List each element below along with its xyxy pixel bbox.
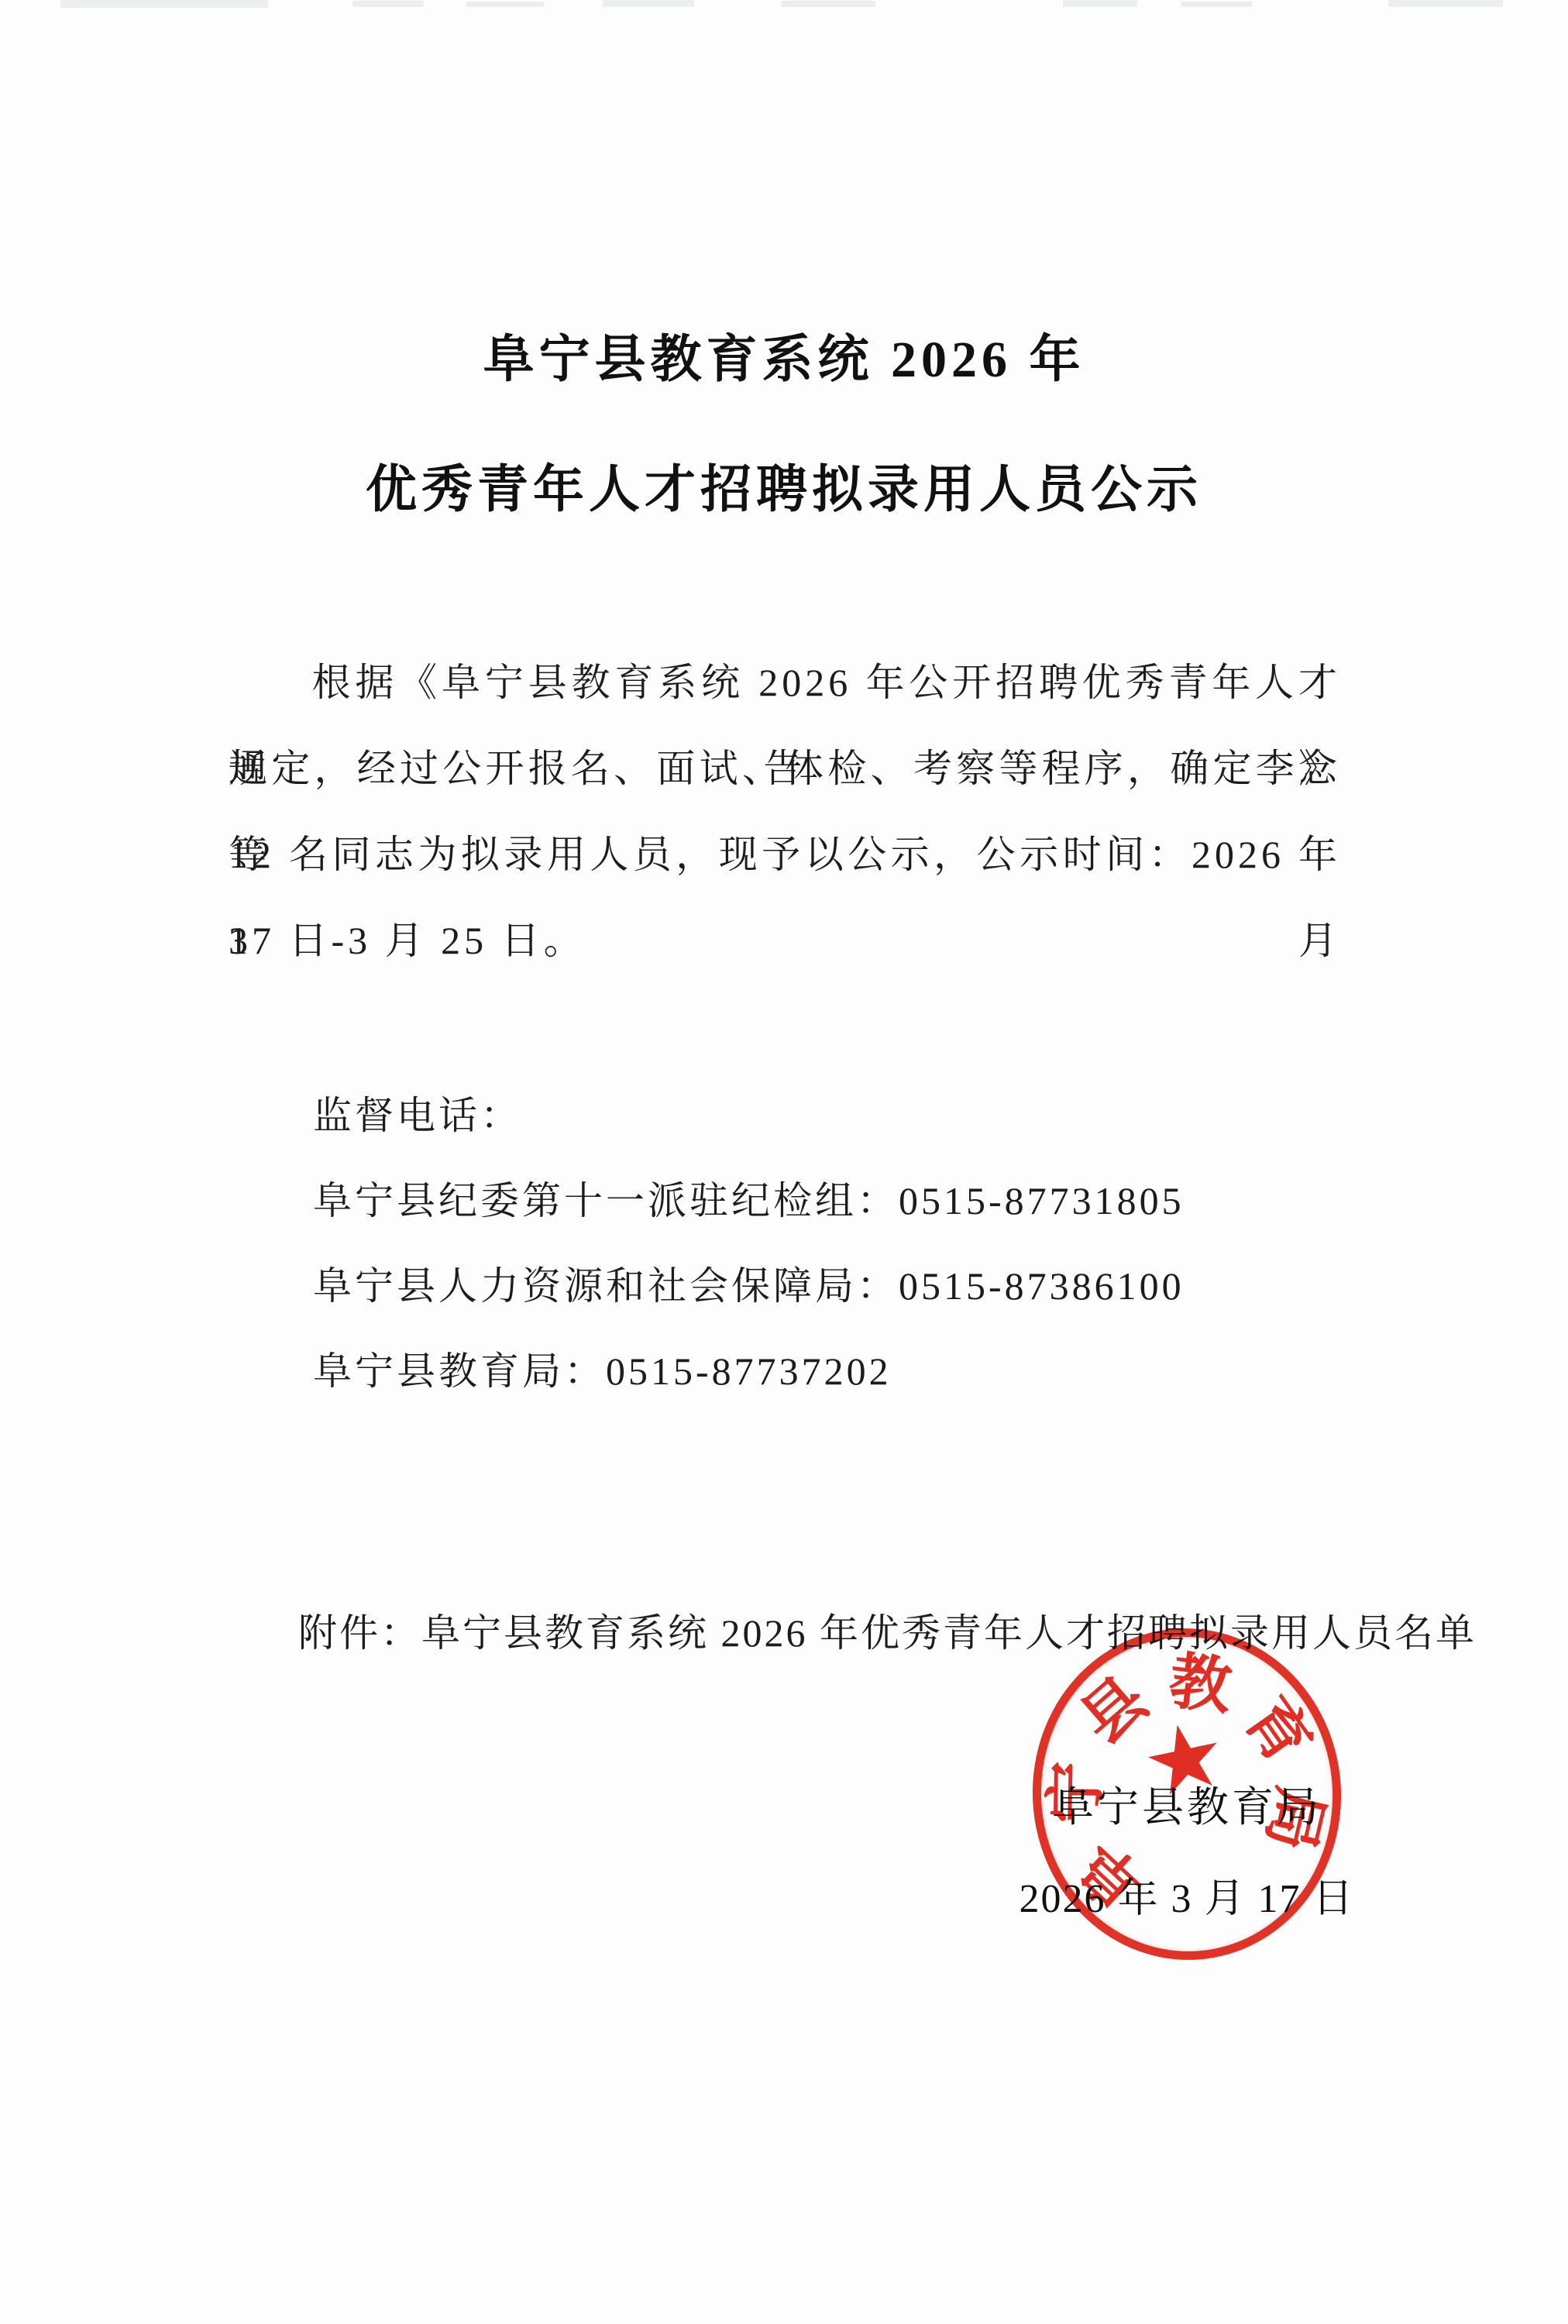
scan-artifact [352, 1, 424, 7]
paragraph-line: 12 名同志为拟录用人员，现予以公示，公示时间：2026 年 3 月 [229, 812, 1341, 898]
supervision-phone-line: 阜宁县纪委第十一派驻纪检组：0515-87731805 [313, 1158, 1398, 1243]
document-title-line2: 优秀青年人才招聘拟录用人员公示 [0, 448, 1568, 521]
seal-ring-char: 县 [1063, 1659, 1157, 1752]
document-page: 阜宁县教育系统 2026 年 优秀青年人才招聘拟录用人员公示 根据《阜宁县教育系… [0, 0, 1568, 2324]
supervision-phone-line: 阜宁县教育局：0515-87737202 [313, 1329, 1398, 1414]
signature-date: 2026 年 3 月 17 日 [962, 1865, 1412, 1923]
supervision-phone-section: 监督电话： 阜宁县纪委第十一派驻纪检组：0515-87731805 阜宁县人力资… [313, 1073, 1398, 1414]
scan-artifact [60, 0, 268, 8]
document-title-line1: 阜宁县教育系统 2026 年 [0, 318, 1568, 391]
seal-ring-char: 育 [1236, 1681, 1329, 1774]
attachment-line: 附件：阜宁县教育系统 2026 年优秀青年人才招聘拟录用人员名单 [298, 1602, 1538, 1658]
scan-artifact [466, 2, 544, 7]
paragraph-line: 根据《阜宁县教育系统 2026 年公开招聘优秀青年人才通告》 [229, 640, 1341, 726]
supervision-heading: 监督电话： [313, 1073, 1398, 1158]
supervision-phone-line: 阜宁县人力资源和社会保障局：0515-87386100 [313, 1243, 1398, 1329]
scan-artifact [1181, 2, 1252, 7]
body-paragraph: 根据《阜宁县教育系统 2026 年公开招聘优秀青年人才通告》 规定，经过公开报名… [229, 640, 1341, 984]
scan-artifact [1388, 0, 1503, 7]
signature-agency-name: 阜宁县教育局 [978, 1774, 1396, 1834]
paragraph-line: 规定，经过公开报名、面试、体检、考察等程序，确定李念等 [229, 726, 1341, 812]
scan-artifact [603, 0, 694, 7]
scan-artifact [1063, 0, 1137, 7]
scan-artifact [781, 1, 875, 7]
